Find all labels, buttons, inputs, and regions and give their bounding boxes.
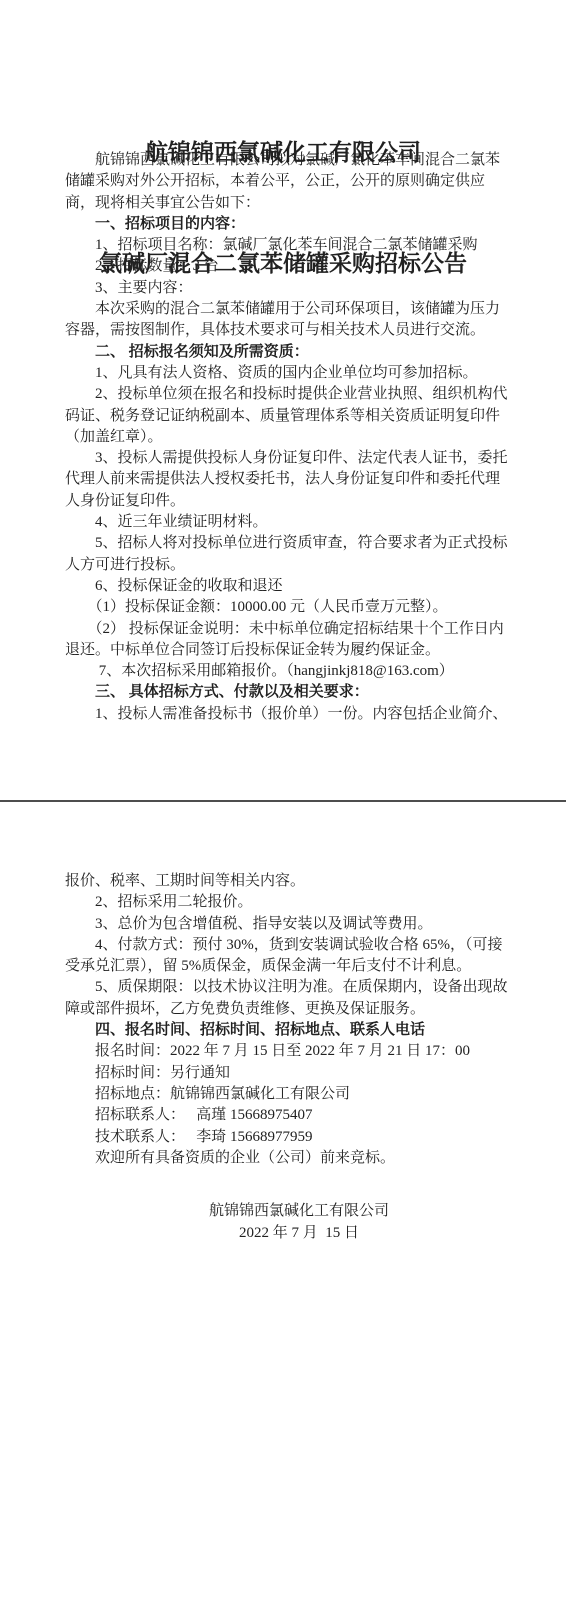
doc-paragraph: （2） 投标保证金说明：未中标单位确定招标结果十个工作日内退还。中标单位合同签订… <box>65 619 512 662</box>
doc-paragraph: 技术联系人： 李琦 15668977959 <box>65 1127 512 1148</box>
signature-company: 航锦锦西氯碱化工有限公司 <box>32 1201 566 1223</box>
doc-paragraph: 2、招标数量：3 台 <box>65 256 512 277</box>
doc-paragraph: 7、本次招标采用邮箱报价。（hangjinkj818@163.com） <box>65 661 512 682</box>
doc-paragraph: 4、近三年业绩证明材料。 <box>65 512 512 533</box>
signature-date: 2022 年 7 月 15 日 <box>32 1223 566 1245</box>
section-heading: 四、报名时间、招标时间、招标地点、联系人电话 <box>65 1020 512 1041</box>
page2-text-block: 报价、税率、工期时间等相关内容。 2、招标采用二轮报价。 3、总价为包含增值税、… <box>65 871 512 1169</box>
doc-paragraph: 3、投标人需提供投标人身份证复印件、法定代表人证书，委托代理人前来需提供法人授权… <box>65 448 512 512</box>
page-break-divider <box>0 800 566 802</box>
doc-paragraph: 招标联系人： 高瑾 15668975407 <box>65 1105 512 1126</box>
document-page: 航锦锦西氯碱化工有限公司 氯碱厂混合二氯苯储罐采购招标公告 航锦锦西氯碱化工有限… <box>0 0 566 1602</box>
doc-paragraph: 2、招标采用二轮报价。 <box>65 892 512 913</box>
doc-paragraph: 6、投标保证金的收取和退还 <box>65 576 512 597</box>
doc-paragraph: 3、主要内容： <box>65 278 512 299</box>
doc-paragraph: 本次采购的混合二氯苯储罐用于公司环保项目，该储罐为压力容器，需按图制作，具体技术… <box>65 299 512 342</box>
signature-block: 航锦锦西氯碱化工有限公司 2022 年 7 月 15 日 <box>0 1201 566 1244</box>
doc-paragraph: 招标地点：航锦锦西氯碱化工有限公司 <box>65 1084 512 1105</box>
doc-paragraph: 报名时间：2022 年 7 月 15 日至 2022 年 7 月 21 日 17… <box>65 1041 512 1062</box>
doc-paragraph: 报价、税率、工期时间等相关内容。 <box>65 871 512 892</box>
doc-paragraph: （1）投标保证金额：10000.00 元（人民币壹万元整）。 <box>65 597 512 618</box>
page1-text-block: 航锦锦西氯碱化工有限公司拟对氯碱厂氯化苯车间混合二氯苯储罐采购对外公开招标，本着… <box>65 150 512 725</box>
doc-paragraph: 3、总价为包含增值税、指导安装以及调试等费用。 <box>65 914 512 935</box>
doc-paragraph: 5、招标人将对投标单位进行资质审查，符合要求者为正式投标人方可进行投标。 <box>65 533 512 576</box>
section-heading: 一、招标项目的内容： <box>65 214 512 235</box>
doc-paragraph: 1、凡具有法人资格、资质的国内企业单位均可参加招标。 <box>65 363 512 384</box>
doc-paragraph: 招标时间：另行通知 <box>65 1063 512 1084</box>
doc-paragraph: 1、投标人需准备投标书（报价单）一份。内容包括企业简介、 <box>65 704 512 725</box>
section-heading: 二、 招标报名须知及所需资质： <box>65 342 512 363</box>
doc-paragraph: 欢迎所有具备资质的企业（公司）前来竞标。 <box>65 1148 512 1169</box>
doc-paragraph: 5、质保期限：以技术协议注明为准。在质保期内，设备出现故障或部件损坏，乙方免费负… <box>65 977 512 1020</box>
doc-paragraph: 2、投标单位须在报名和投标时提供企业营业执照、组织机构代码证、税务登记证纳税副本… <box>65 384 512 448</box>
doc-paragraph: 4、付款方式：预付 30%，货到安装调试验收合格 65%，（可接受承兑汇票），留… <box>65 935 512 978</box>
doc-paragraph: 航锦锦西氯碱化工有限公司拟对氯碱厂氯化苯车间混合二氯苯储罐采购对外公开招标，本着… <box>65 150 512 214</box>
doc-paragraph: 1、招标项目名称：氯碱厂氯化苯车间混合二氯苯储罐采购 <box>65 235 512 256</box>
section-heading: 三、 具体招标方式、付款以及相关要求： <box>65 682 512 703</box>
